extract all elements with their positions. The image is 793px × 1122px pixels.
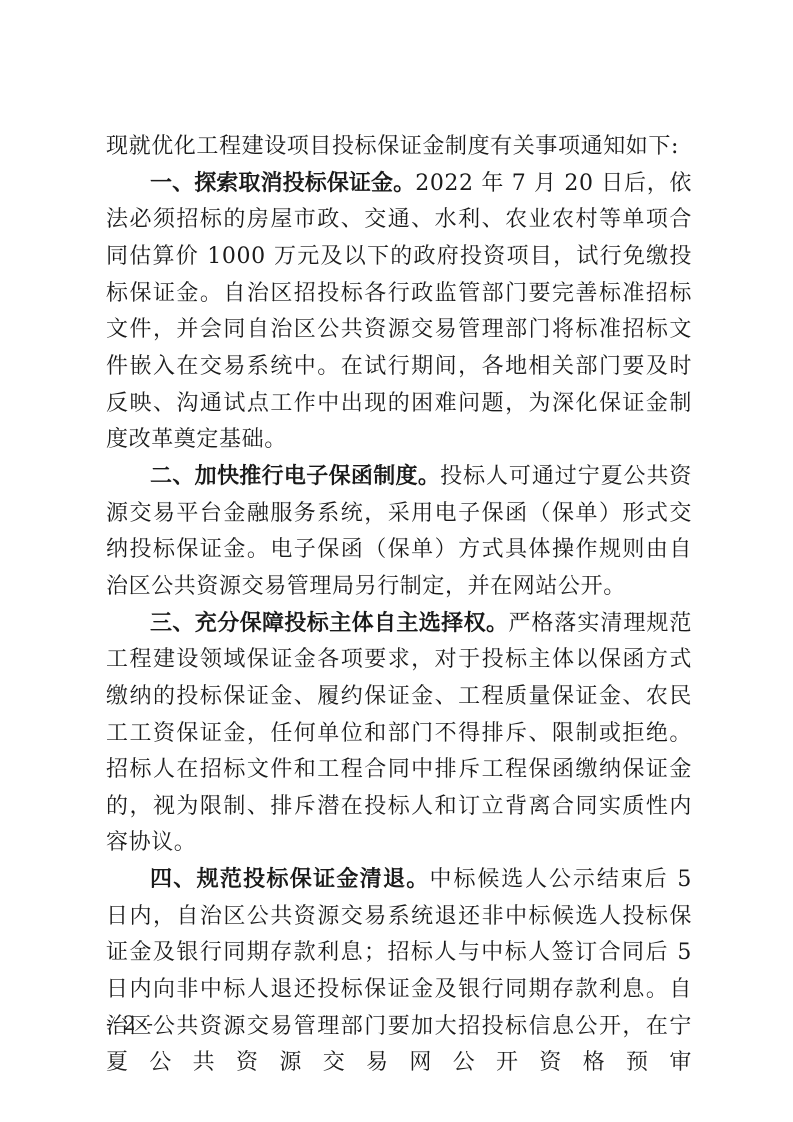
section-4-paragraph: 四、规范投标保证金清退。中标候选人公示结束后 5 日内，自治区公共资源交易系统退…	[106, 862, 692, 1082]
section-3-paragraph: 三、充分保障投标主体自主选择权。严格落实清理规范工程建设领域保证金各项要求，对于…	[106, 606, 692, 863]
section-2-paragraph: 二、加快推行电子保函制度。投标人可通过宁夏公共资源交易平台金融服务系统，采用电子…	[106, 459, 692, 606]
section-1-body: 2022 年 7 月 20 日后，依法必须招标的房屋市政、交通、水利、农业农村等…	[106, 171, 692, 453]
page-number: - 2 -	[106, 1011, 155, 1035]
document-page: 现就优化工程建设项目投标保证金制度有关事项通知如下: 一、探索取消投标保证金。2…	[106, 129, 692, 1082]
intro-paragraph: 现就优化工程建设项目投标保证金制度有关事项通知如下:	[106, 129, 692, 166]
section-4-body: 中标候选人公示结束后 5 日内，自治区公共资源交易系统退还非中标候选人投标保证金…	[106, 867, 692, 1075]
section-3-heading: 三、充分保障投标主体自主选择权。	[150, 611, 508, 636]
section-1-heading: 一、探索取消投标保证金。	[150, 171, 415, 196]
section-3-body: 严格落实清理规范工程建设领域保证金各项要求，对于投标主体以保函方式缴纳的投标保证…	[106, 611, 692, 856]
section-2-heading: 二、加快推行电子保函制度。	[150, 464, 440, 489]
section-4-heading: 四、规范投标保证金清退。	[150, 867, 430, 892]
section-1-paragraph: 一、探索取消投标保证金。2022 年 7 月 20 日后，依法必须招标的房屋市政…	[106, 166, 692, 459]
